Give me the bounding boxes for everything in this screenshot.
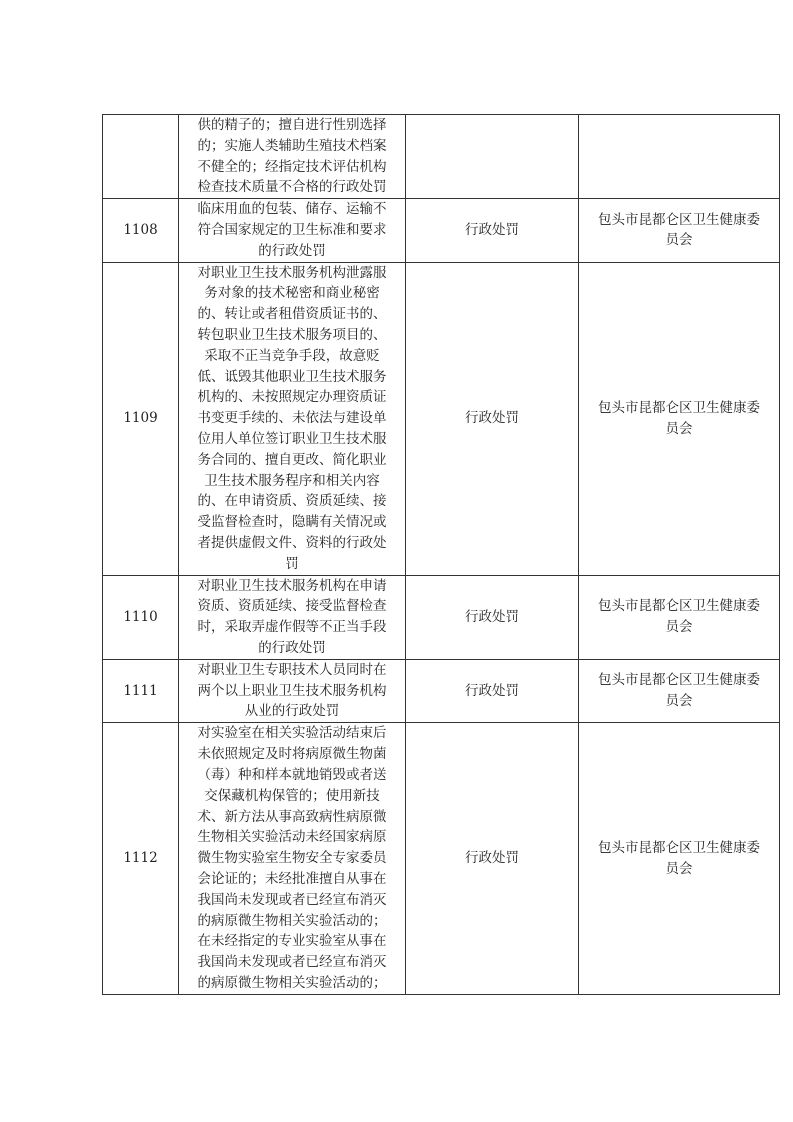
penalty-table: 供的精子的；擅自进行性别选择 的；实施人类辅助生殖技术档案 不健全的；经指定技术… bbox=[102, 114, 780, 995]
item-name-line: 在未经指定的专业实验室从事在 bbox=[183, 931, 401, 952]
table-row: 1108 临床用血的包装、储存、运输不 符合国家规定的卫生标准和要求 的行政处罚… bbox=[103, 199, 780, 262]
item-name-line: 罚 bbox=[183, 554, 401, 575]
table-row: 1112 对实验室在相关实验活动结束后 未依照规定及时将病原微生物菌 （毒）种和… bbox=[103, 723, 780, 995]
item-dept-cell: 包头市昆都仑区卫生健康委 员会 bbox=[579, 575, 780, 659]
item-dept-line: 员会 bbox=[583, 859, 775, 880]
item-name-line: 术、新方法从事高致病性病原微 bbox=[183, 807, 401, 828]
item-name-line: 时，采取弄虚作假等不正当手段 bbox=[183, 617, 401, 638]
item-number-cell: 1109 bbox=[103, 262, 179, 575]
item-name-line: 未依照规定及时将病原微生物菌 bbox=[183, 744, 401, 765]
item-dept-line: 员会 bbox=[583, 617, 775, 638]
item-dept-line: 包头市昆都仑区卫生健康委 bbox=[583, 210, 775, 231]
item-dept-cell: 包头市昆都仑区卫生健康委 员会 bbox=[579, 723, 780, 995]
item-name-line: 资质、资质延续、接受监督检查 bbox=[183, 596, 401, 617]
item-name-line: 我国尚未发现或者已经宣布消灭 bbox=[183, 890, 401, 911]
item-name-line: 对职业卫生技术服务机构泄露服 bbox=[183, 263, 401, 284]
item-name-line: 从业的行政处罚 bbox=[183, 701, 401, 722]
table-row: 1111 对职业卫生专职技术人员同时在 两个以上职业卫生技术服务机构 从业的行政… bbox=[103, 659, 780, 722]
item-name-line: 交保藏机构保管的；使用新技 bbox=[183, 786, 401, 807]
item-name-line: 对职业卫生专职技术人员同时在 bbox=[183, 660, 401, 681]
item-name-line: 书变更手续的、未依法与建设单 bbox=[183, 408, 401, 429]
item-name-line: 我国尚未发现或者已经宣布消灭 bbox=[183, 952, 401, 973]
item-dept-cell: 包头市昆都仑区卫生健康委 员会 bbox=[579, 659, 780, 722]
item-type-cell: 行政处罚 bbox=[406, 575, 579, 659]
item-name-line: 的、转让或者租借资质证书的、 bbox=[183, 304, 401, 325]
item-name-cell: 临床用血的包装、储存、运输不 符合国家规定的卫生标准和要求 的行政处罚 bbox=[179, 199, 406, 262]
item-name-line: 的；实施人类辅助生殖技术档案 bbox=[183, 136, 401, 157]
item-name-line: 不健全的；经指定技术评估机构 bbox=[183, 157, 401, 178]
item-number-cell: 1112 bbox=[103, 723, 179, 995]
item-name-cell: 对职业卫生技术服务机构泄露服 务对象的技术秘密和商业秘密 的、转让或者租借资质证… bbox=[179, 262, 406, 575]
item-name-line: 的病原微生物相关实验活动的； bbox=[183, 911, 401, 932]
item-name-line: 检查技术质量不合格的行政处罚 bbox=[183, 177, 401, 198]
item-number-cell: 1110 bbox=[103, 575, 179, 659]
table-row: 供的精子的；擅自进行性别选择 的；实施人类辅助生殖技术档案 不健全的；经指定技术… bbox=[103, 115, 780, 199]
item-dept-line: 员会 bbox=[583, 419, 775, 440]
item-type-cell bbox=[406, 115, 579, 199]
item-type-cell: 行政处罚 bbox=[406, 199, 579, 262]
item-name-line: 低、诋毁其他职业卫生技术服务 bbox=[183, 367, 401, 388]
item-number-cell: 1111 bbox=[103, 659, 179, 722]
item-name-line: 临床用血的包装、储存、运输不 bbox=[183, 199, 401, 220]
item-name-line: 供的精子的；擅自进行性别选择 bbox=[183, 115, 401, 136]
item-name-line: 转包职业卫生技术服务项目的、 bbox=[183, 325, 401, 346]
item-name-line: 微生物实验室生物安全专家委员 bbox=[183, 848, 401, 869]
item-name-line: 务对象的技术秘密和商业秘密 bbox=[183, 283, 401, 304]
item-name-line: 机构的、未按照规定办理资质证 bbox=[183, 387, 401, 408]
table-row: 1110 对职业卫生技术服务机构在申请 资质、资质延续、接受监督检查 时，采取弄… bbox=[103, 575, 780, 659]
item-name-cell: 对实验室在相关实验活动结束后 未依照规定及时将病原微生物菌 （毒）种和样本就地销… bbox=[179, 723, 406, 995]
item-name-line: 的行政处罚 bbox=[183, 638, 401, 659]
item-dept-line: 包头市昆都仑区卫生健康委 bbox=[583, 596, 775, 617]
item-name-line: 采取不正当竞争手段，故意贬 bbox=[183, 346, 401, 367]
item-name-cell: 供的精子的；擅自进行性别选择 的；实施人类辅助生殖技术档案 不健全的；经指定技术… bbox=[179, 115, 406, 199]
item-dept-line: 员会 bbox=[583, 230, 775, 251]
item-dept-line: 包头市昆都仑区卫生健康委 bbox=[583, 398, 775, 419]
item-name-line: 卫生技术服务程序和相关内容 bbox=[183, 471, 401, 492]
item-type-cell: 行政处罚 bbox=[406, 723, 579, 995]
item-name-cell: 对职业卫生技术服务机构在申请 资质、资质延续、接受监督检查 时，采取弄虚作假等不… bbox=[179, 575, 406, 659]
item-name-line: 的行政处罚 bbox=[183, 241, 401, 262]
item-name-line: 符合国家规定的卫生标准和要求 bbox=[183, 220, 401, 241]
item-name-line: 的、在申请资质、资质延续、接 bbox=[183, 491, 401, 512]
item-dept-line: 包头市昆都仑区卫生健康委 bbox=[583, 838, 775, 859]
item-name-line: 会论证的；未经批准擅自从事在 bbox=[183, 869, 401, 890]
item-name-line: 受监督检查时，隐瞒有关情况或 bbox=[183, 512, 401, 533]
item-name-line: 务合同的、擅自更改、简化职业 bbox=[183, 450, 401, 471]
item-name-line: 对职业卫生技术服务机构在申请 bbox=[183, 576, 401, 597]
item-name-line: 对实验室在相关实验活动结束后 bbox=[183, 723, 401, 744]
item-name-line: 者提供虚假文件、资料的行政处 bbox=[183, 533, 401, 554]
item-name-line: 位用人单位签订职业卫生技术服 bbox=[183, 429, 401, 450]
document-page: 供的精子的；擅自进行性别选择 的；实施人类辅助生殖技术档案 不健全的；经指定技术… bbox=[0, 0, 793, 1122]
item-dept-line: 包头市昆都仑区卫生健康委 bbox=[583, 670, 775, 691]
item-type-cell: 行政处罚 bbox=[406, 659, 579, 722]
item-dept-cell: 包头市昆都仑区卫生健康委 员会 bbox=[579, 199, 780, 262]
item-number-cell bbox=[103, 115, 179, 199]
item-name-line: （毒）种和样本就地销毁或者送 bbox=[183, 765, 401, 786]
item-name-line: 两个以上职业卫生技术服务机构 bbox=[183, 681, 401, 702]
item-dept-cell: 包头市昆都仑区卫生健康委 员会 bbox=[579, 262, 780, 575]
item-dept-cell bbox=[579, 115, 780, 199]
item-type-cell: 行政处罚 bbox=[406, 262, 579, 575]
item-number-cell: 1108 bbox=[103, 199, 179, 262]
item-name-cell: 对职业卫生专职技术人员同时在 两个以上职业卫生技术服务机构 从业的行政处罚 bbox=[179, 659, 406, 722]
item-name-line: 的病原微生物相关实验活动的； bbox=[183, 973, 401, 994]
item-name-line: 生物相关实验活动未经国家病原 bbox=[183, 827, 401, 848]
table-row: 1109 对职业卫生技术服务机构泄露服 务对象的技术秘密和商业秘密 的、转让或者… bbox=[103, 262, 780, 575]
item-dept-line: 员会 bbox=[583, 691, 775, 712]
